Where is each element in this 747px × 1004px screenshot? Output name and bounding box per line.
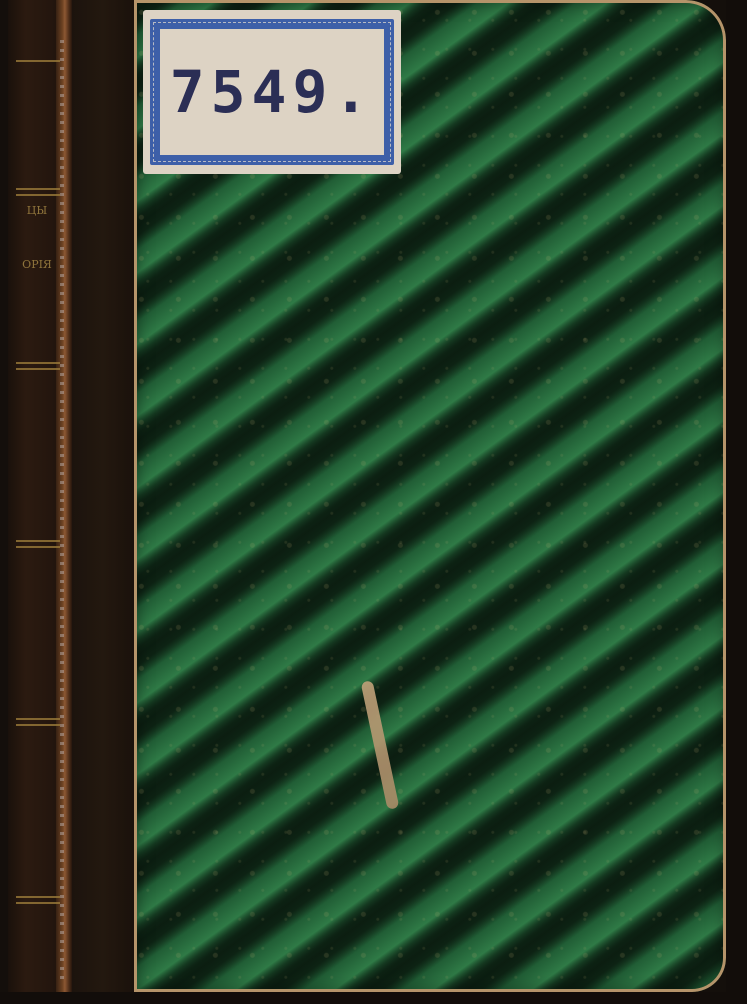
gilt-band <box>16 546 60 548</box>
library-shelf-label: 7549. <box>143 10 401 174</box>
background-bottom <box>0 992 747 1004</box>
gilt-band <box>16 362 60 364</box>
gilt-band <box>16 896 60 898</box>
cover-hinge <box>72 0 134 992</box>
gilt-band <box>16 718 60 720</box>
background-right <box>726 0 747 1004</box>
gilt-band <box>16 60 60 62</box>
gilt-band <box>16 540 60 542</box>
gilt-band <box>16 188 60 190</box>
spine-title-line-1: ЦЫ <box>14 204 60 217</box>
label-number: 7549. <box>143 58 401 126</box>
gilt-band <box>16 724 60 726</box>
gilt-band <box>16 368 60 370</box>
spine-title-line-2: ОРІЯ <box>14 258 60 271</box>
gilt-band <box>16 902 60 904</box>
gilt-band <box>16 194 60 196</box>
spine-worn-edge <box>56 0 72 992</box>
book-photo: ЦЫ ОРІЯ 7549. <box>0 0 747 1004</box>
spine-gloss <box>60 40 64 980</box>
